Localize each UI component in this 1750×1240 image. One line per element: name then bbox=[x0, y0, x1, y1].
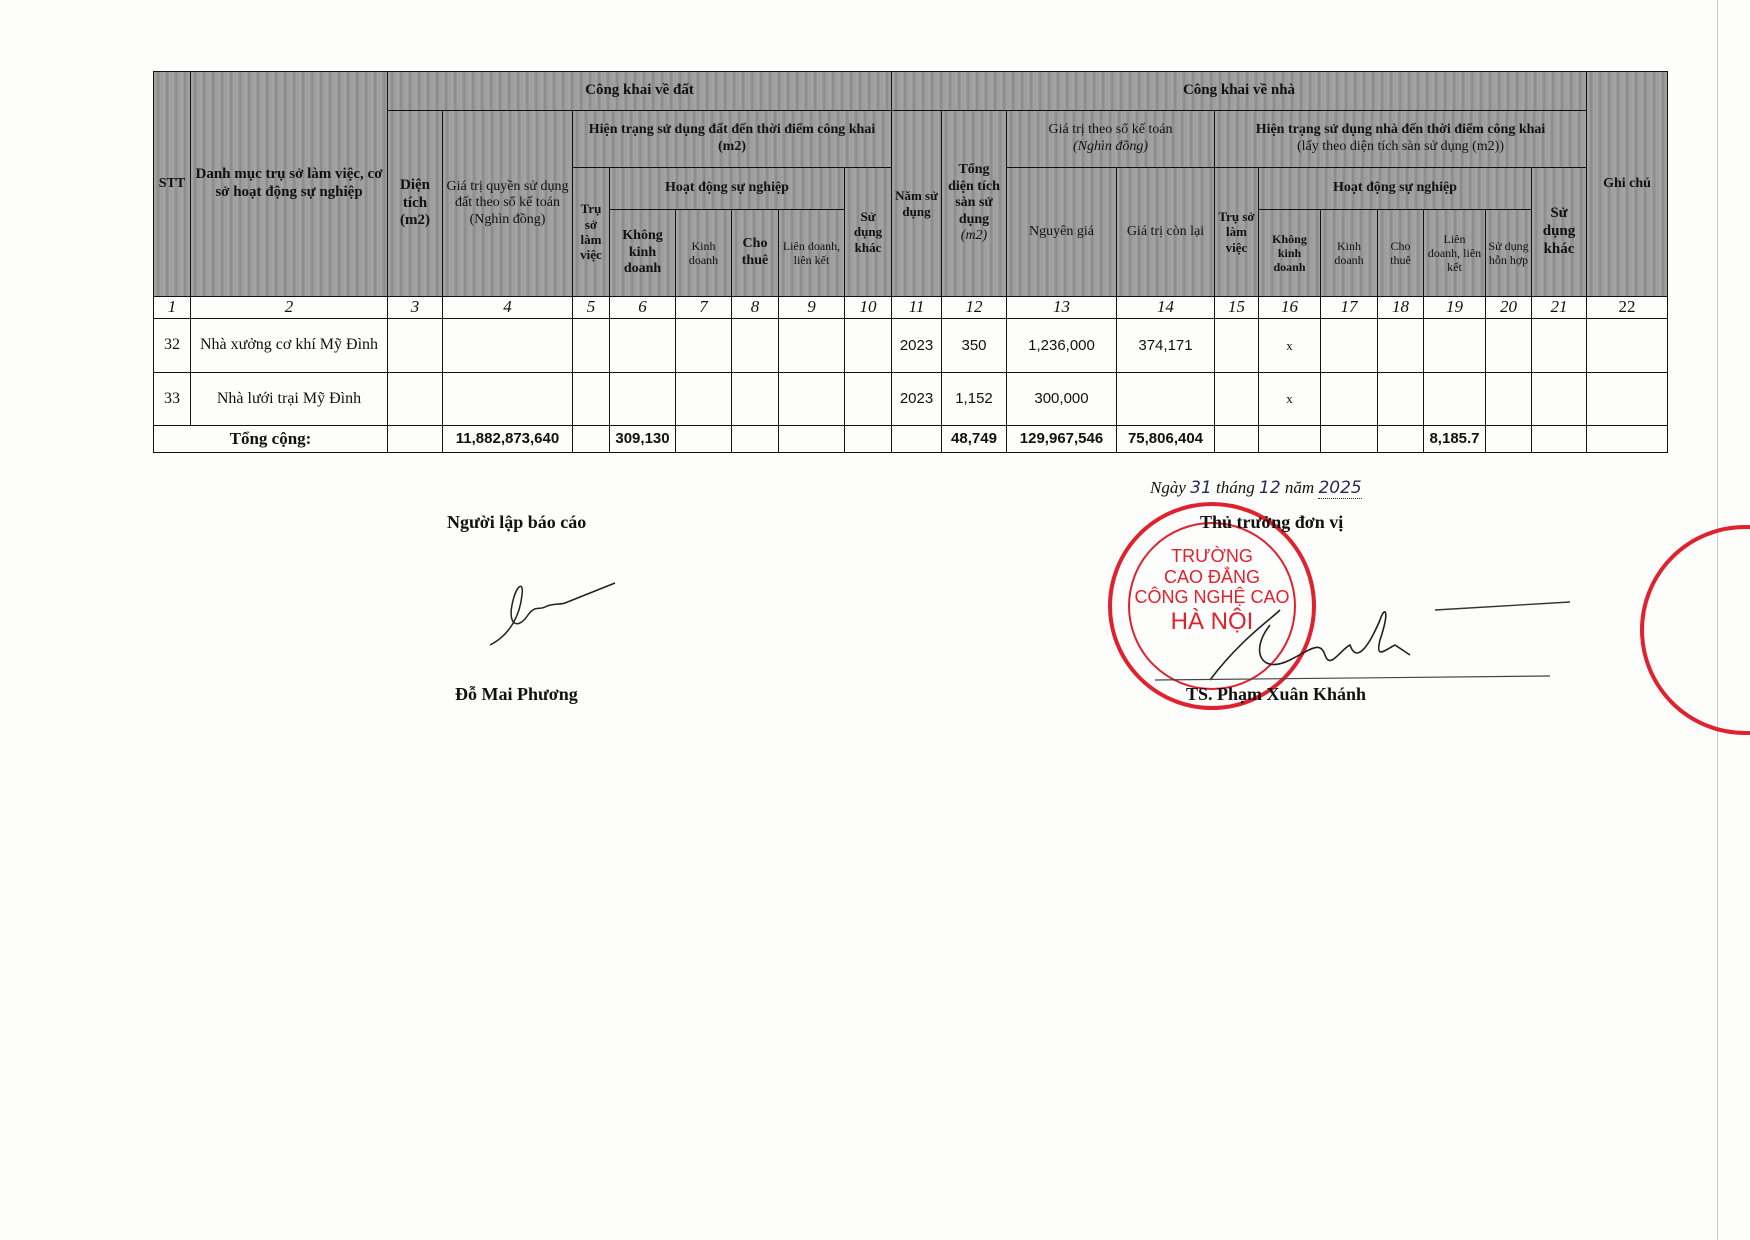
cell-c22 bbox=[1587, 373, 1668, 426]
column-number: 16 bbox=[1259, 297, 1321, 319]
header-hoat-dong-dat: Hoạt động sự nghiệp bbox=[610, 168, 845, 210]
header-tong-dien-tich: Tổng diện tích sàn sử dụng(m2) bbox=[942, 111, 1007, 297]
total-c21 bbox=[1532, 426, 1587, 453]
total-c7 bbox=[676, 426, 732, 453]
column-number: 5 bbox=[573, 297, 610, 319]
total-c19: 8,185.7 bbox=[1424, 426, 1486, 453]
cell-c3 bbox=[388, 319, 443, 373]
cell-c12: 1,152 bbox=[942, 373, 1007, 426]
cell-c3 bbox=[388, 373, 443, 426]
head-signature bbox=[1150, 580, 1570, 690]
cell-c21 bbox=[1532, 373, 1587, 426]
cell-c19 bbox=[1424, 319, 1486, 373]
header-hien-trang-nha: Hiện trạng sử dụng nhà đến thời điểm côn… bbox=[1215, 111, 1587, 168]
asset-disclosure-table: STT Danh mục trụ sở làm việc, cơ sở hoạt… bbox=[153, 71, 1668, 453]
cell-c5 bbox=[573, 373, 610, 426]
column-number: 13 bbox=[1007, 297, 1117, 319]
cell-c18 bbox=[1378, 373, 1424, 426]
header-stt: STT bbox=[154, 72, 191, 297]
header-cong-khai-nha: Công khai về nhà bbox=[892, 72, 1587, 111]
preparer-title: Người lập báo cáo bbox=[447, 512, 586, 533]
total-c16 bbox=[1259, 426, 1321, 453]
cell-name: Nhà lưới trại Mỹ Đình bbox=[191, 373, 388, 426]
cell-c22 bbox=[1587, 319, 1668, 373]
column-number: 4 bbox=[443, 297, 573, 319]
header-su-dung-khac-nha: Sử dụng khác bbox=[1532, 168, 1587, 297]
cell-c15 bbox=[1215, 373, 1259, 426]
header-khong-kinh-doanh-dat: Không kinh doanh bbox=[610, 210, 676, 297]
cell-c16: x bbox=[1259, 319, 1321, 373]
header-nam-su-dung: Năm sử dụng bbox=[892, 111, 942, 297]
total-c5 bbox=[573, 426, 610, 453]
cell-c15 bbox=[1215, 319, 1259, 373]
total-c14: 75,806,404 bbox=[1117, 426, 1215, 453]
header-gia-tri-so-ke-toan: Giá trị theo sổ kế toán(Nghìn đồng) bbox=[1007, 111, 1215, 168]
total-c22 bbox=[1587, 426, 1668, 453]
cell-stt: 33 bbox=[154, 373, 191, 426]
cell-c8 bbox=[732, 319, 779, 373]
total-c8 bbox=[732, 426, 779, 453]
column-number: 10 bbox=[845, 297, 892, 319]
cell-name: Nhà xưởng cơ khí Mỹ Đình bbox=[191, 319, 388, 373]
cell-c6 bbox=[610, 319, 676, 373]
cell-c11: 2023 bbox=[892, 373, 942, 426]
header-gia-tri-con-lai: Giá trị còn lại bbox=[1117, 168, 1215, 297]
header-kinh-doanh-dat: Kinh doanh bbox=[676, 210, 732, 297]
cell-c10 bbox=[845, 319, 892, 373]
column-number: 6 bbox=[610, 297, 676, 319]
table-row: 32Nhà xưởng cơ khí Mỹ Đình20233501,236,0… bbox=[154, 319, 1668, 373]
header-gia-tri-qsd: Giá trị quyền sử dụng đất theo sổ kế toá… bbox=[443, 111, 573, 297]
total-c13: 129,967,546 bbox=[1007, 426, 1117, 453]
cell-c17 bbox=[1321, 319, 1378, 373]
cell-c12: 350 bbox=[942, 319, 1007, 373]
cell-c14 bbox=[1117, 373, 1215, 426]
cell-c9 bbox=[779, 319, 845, 373]
cell-c17 bbox=[1321, 373, 1378, 426]
total-row: Tổng cộng: 11,882,873,640 309,130 48,749… bbox=[154, 426, 1668, 453]
total-c10 bbox=[845, 426, 892, 453]
cell-c14: 374,171 bbox=[1117, 319, 1215, 373]
column-number: 17 bbox=[1321, 297, 1378, 319]
cell-c5 bbox=[573, 319, 610, 373]
header-nguyen-gia: Nguyên giá bbox=[1007, 168, 1117, 297]
header-hien-trang-dat: Hiện trạng sử dụng đất đến thời điểm côn… bbox=[573, 111, 892, 168]
cell-c11: 2023 bbox=[892, 319, 942, 373]
cell-c4 bbox=[443, 319, 573, 373]
column-number: 14 bbox=[1117, 297, 1215, 319]
column-number: 1 bbox=[154, 297, 191, 319]
total-c15 bbox=[1215, 426, 1259, 453]
column-number: 12 bbox=[942, 297, 1007, 319]
column-number: 8 bbox=[732, 297, 779, 319]
column-number: 19 bbox=[1424, 297, 1486, 319]
column-number: 2 bbox=[191, 297, 388, 319]
header-su-dung-khac-dat: Sử dụng khác bbox=[845, 168, 892, 297]
header-cong-khai-dat: Công khai về đất bbox=[388, 72, 892, 111]
report-date: Ngày 31 tháng 12 năm 2025 bbox=[1150, 478, 1362, 498]
header-cho-thue-dat: Cho thuê bbox=[732, 210, 779, 297]
cell-c9 bbox=[779, 373, 845, 426]
cell-c7 bbox=[676, 373, 732, 426]
cell-c16: x bbox=[1259, 373, 1321, 426]
head-name: TS. Phạm Xuân Khánh bbox=[1186, 684, 1366, 705]
preparer-signature bbox=[480, 575, 620, 655]
header-tru-so-nha: Trụ sở làm việc bbox=[1215, 168, 1259, 297]
column-number: 21 bbox=[1532, 297, 1587, 319]
header-ghi-chu: Ghi chú bbox=[1587, 72, 1668, 297]
cell-c18 bbox=[1378, 319, 1424, 373]
total-c20 bbox=[1486, 426, 1532, 453]
cell-c13: 300,000 bbox=[1007, 373, 1117, 426]
cell-c10 bbox=[845, 373, 892, 426]
column-number: 11 bbox=[892, 297, 942, 319]
header-khong-kinh-doanh-nha: Không kinh doanh bbox=[1259, 210, 1321, 297]
header-cho-thue-nha: Cho thuê bbox=[1378, 210, 1424, 297]
header-kinh-doanh-nha: Kinh doanh bbox=[1321, 210, 1378, 297]
cell-stt: 32 bbox=[154, 319, 191, 373]
table-row: 33Nhà lưới trại Mỹ Đình20231,152300,000x bbox=[154, 373, 1668, 426]
cell-c6 bbox=[610, 373, 676, 426]
column-number: 18 bbox=[1378, 297, 1424, 319]
total-c4: 11,882,873,640 bbox=[443, 426, 573, 453]
total-c9 bbox=[779, 426, 845, 453]
cell-c4 bbox=[443, 373, 573, 426]
header-danh-muc: Danh mục trụ sở làm việc, cơ sở hoạt độn… bbox=[191, 72, 388, 297]
header-lien-doanh-nha: Liên doanh, liên kết bbox=[1424, 210, 1486, 297]
cell-c19 bbox=[1424, 373, 1486, 426]
header-su-dung-hon-hop: Sử dụng hỗn hợp bbox=[1486, 210, 1532, 297]
column-number-row: 12345678910111213141516171819202122 bbox=[154, 297, 1668, 319]
total-c11 bbox=[892, 426, 942, 453]
total-c18 bbox=[1378, 426, 1424, 453]
total-c12: 48,749 bbox=[942, 426, 1007, 453]
cell-c20 bbox=[1486, 319, 1532, 373]
column-number: 20 bbox=[1486, 297, 1532, 319]
column-number: 9 bbox=[779, 297, 845, 319]
header-hoat-dong-nha: Hoạt động sự nghiệp bbox=[1259, 168, 1532, 210]
total-c17 bbox=[1321, 426, 1378, 453]
column-number: 22 bbox=[1587, 297, 1668, 319]
column-number: 3 bbox=[388, 297, 443, 319]
column-number: 15 bbox=[1215, 297, 1259, 319]
header-lien-doanh-dat: Liên doanh, liên kết bbox=[779, 210, 845, 297]
preparer-name: Đỗ Mai Phương bbox=[455, 684, 578, 705]
head-title: Thủ trưởng đơn vị bbox=[1200, 512, 1343, 533]
cell-c20 bbox=[1486, 373, 1532, 426]
header-tru-so-dat: Trụ sở làm việc bbox=[573, 168, 610, 297]
partial-stamp bbox=[1640, 525, 1750, 735]
cell-c21 bbox=[1532, 319, 1587, 373]
cell-c13: 1,236,000 bbox=[1007, 319, 1117, 373]
cell-c7 bbox=[676, 319, 732, 373]
column-number: 7 bbox=[676, 297, 732, 319]
cell-c8 bbox=[732, 373, 779, 426]
header-dien-tich: Diện tích (m2) bbox=[388, 111, 443, 297]
total-c3 bbox=[388, 426, 443, 453]
total-label: Tổng cộng: bbox=[154, 426, 388, 453]
total-c6: 309,130 bbox=[610, 426, 676, 453]
